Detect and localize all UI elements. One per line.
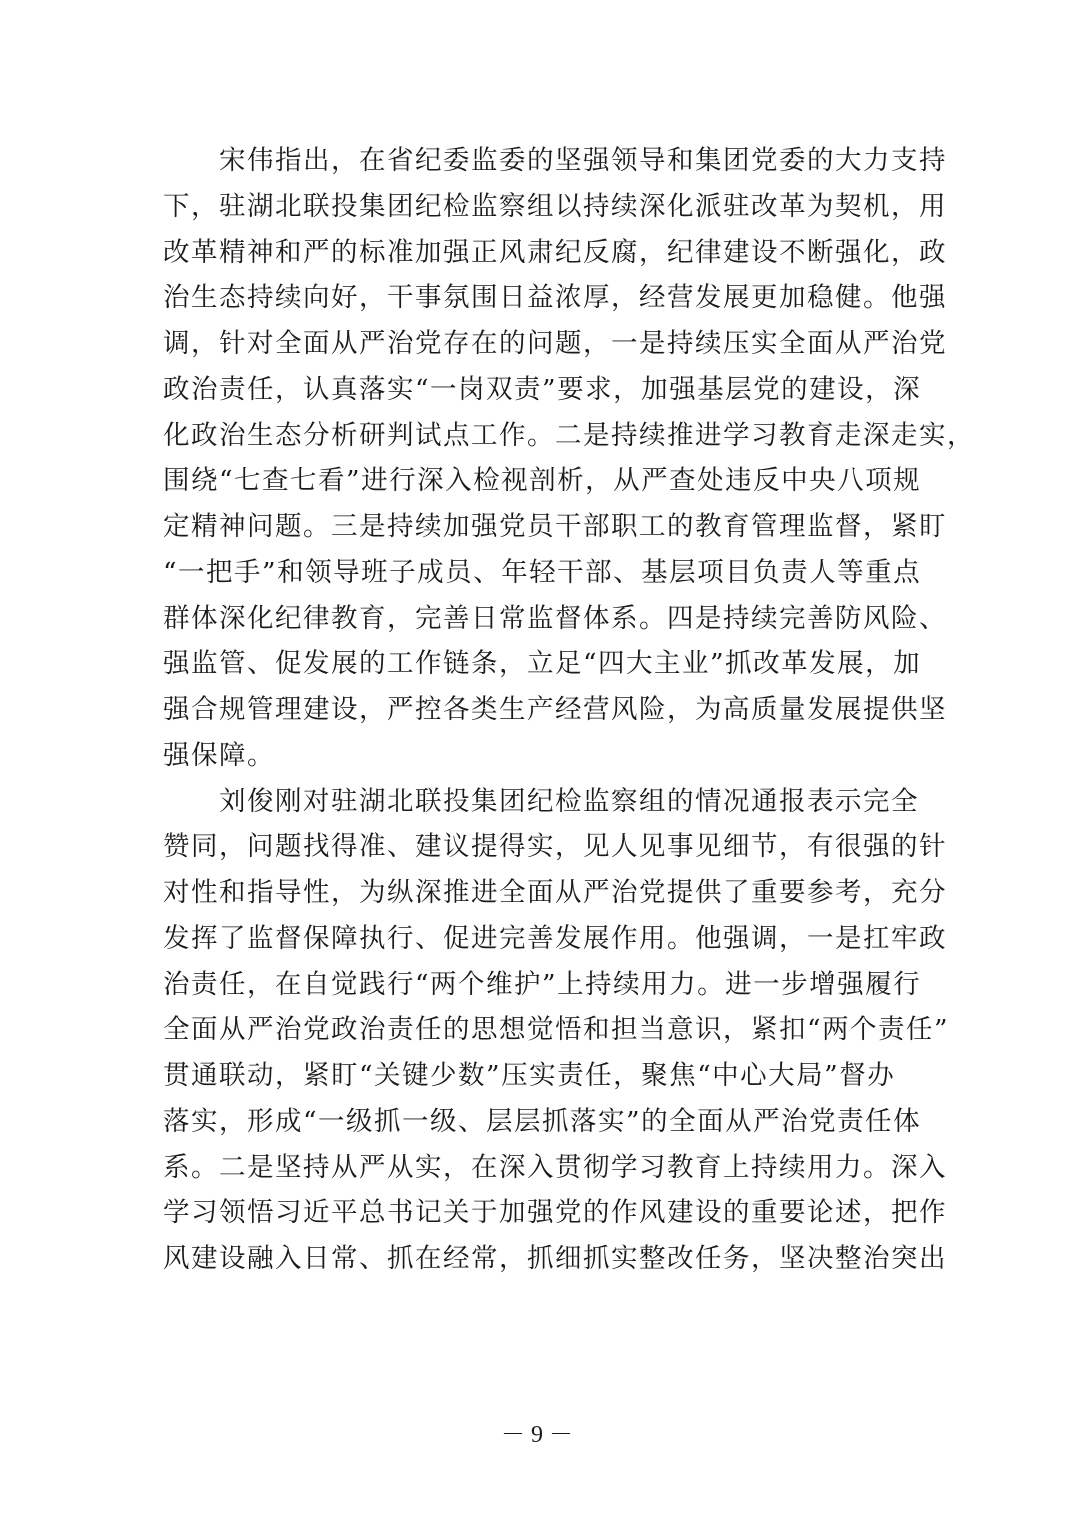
- text-line: 贯通联动，紧盯“关键少数”压实责任，聚焦“中心大局”督办: [163, 1061, 913, 1091]
- text-line: 治生态持续向好，干事氛围日益浓厚，经营发展更加稳健。他强: [163, 283, 913, 313]
- text-line: 对性和指导性，为纵深推进全面从严治党提供了重要参考，充分: [163, 878, 913, 908]
- text-line: 宋伟指出，在省纪委监委的坚强领导和集团党委的大力支持: [163, 146, 913, 176]
- text-line: 强监管、促发展的工作链条，立足“四大主业”抓改革发展，加: [163, 649, 913, 679]
- text-line: 下，驻湖北联投集团纪检监察组以持续深化派驻改革为契机，用: [163, 192, 913, 222]
- text-line: 政治责任，认真落实“一岗双责”要求，加强基层党的建设，深: [163, 375, 913, 405]
- text-line: 赞同，问题找得准、建议提得实，见人见事见细节，有很强的针: [163, 832, 913, 862]
- text-line: 化政治生态分析研判试点工作。二是持续推进学习教育走深走实，: [163, 421, 913, 451]
- text-line: 风建设融入日常、抓在经常，抓细抓实整改任务，坚决整治突出: [163, 1244, 913, 1274]
- text-line: 围绕“七查七看”进行深入检视剖析，从严查处违反中央八项规: [163, 466, 913, 496]
- document-page: 宋伟指出，在省纪委监委的坚强领导和集团党委的大力支持 下，驻湖北联投集团纪检监察…: [0, 0, 1074, 1520]
- text-line: 定精神问题。三是持续加强党员干部职工的教育管理监督，紧盯: [163, 512, 913, 542]
- text-line: 学习领悟习近平总书记关于加强党的作风建设的重要论述，把作: [163, 1198, 913, 1228]
- text-line: 发挥了监督保障执行、促进完善发展作用。他强调，一是扛牢政: [163, 924, 913, 954]
- text-line: 落实，形成“一级抓一级、层层抓落实”的全面从严治党责任体: [163, 1107, 913, 1137]
- text-line: 刘俊刚对驻湖北联投集团纪检监察组的情况通报表示完全: [163, 787, 913, 817]
- text-line: 改革精神和严的标准加强正风肃纪反腐，纪律建设不断强化，政: [163, 238, 913, 268]
- text-line: 群体深化纪律教育，完善日常监督体系。四是持续完善防风险、: [163, 604, 913, 634]
- text-line: 系。二是坚持从严从实，在深入贯彻学习教育上持续用力。深入: [163, 1153, 913, 1183]
- text-line: 强保障。: [163, 741, 913, 771]
- text-line: 调，针对全面从严治党存在的问题，一是持续压实全面从严治党: [163, 329, 913, 359]
- text-line: 治责任，在自觉践行“两个维护”上持续用力。进一步增强履行: [163, 970, 913, 1000]
- text-line: 强合规管理建设，严控各类生产经营风险，为高质量发展提供坚: [163, 695, 913, 725]
- text-line: “一把手”和领导班子成员、年轻干部、基层项目负责人等重点: [163, 558, 913, 588]
- page-number: － 9 －: [0, 1414, 1074, 1449]
- text-line: 全面从严治党政治责任的思想觉悟和担当意识，紧扣“两个责任”: [163, 1015, 913, 1045]
